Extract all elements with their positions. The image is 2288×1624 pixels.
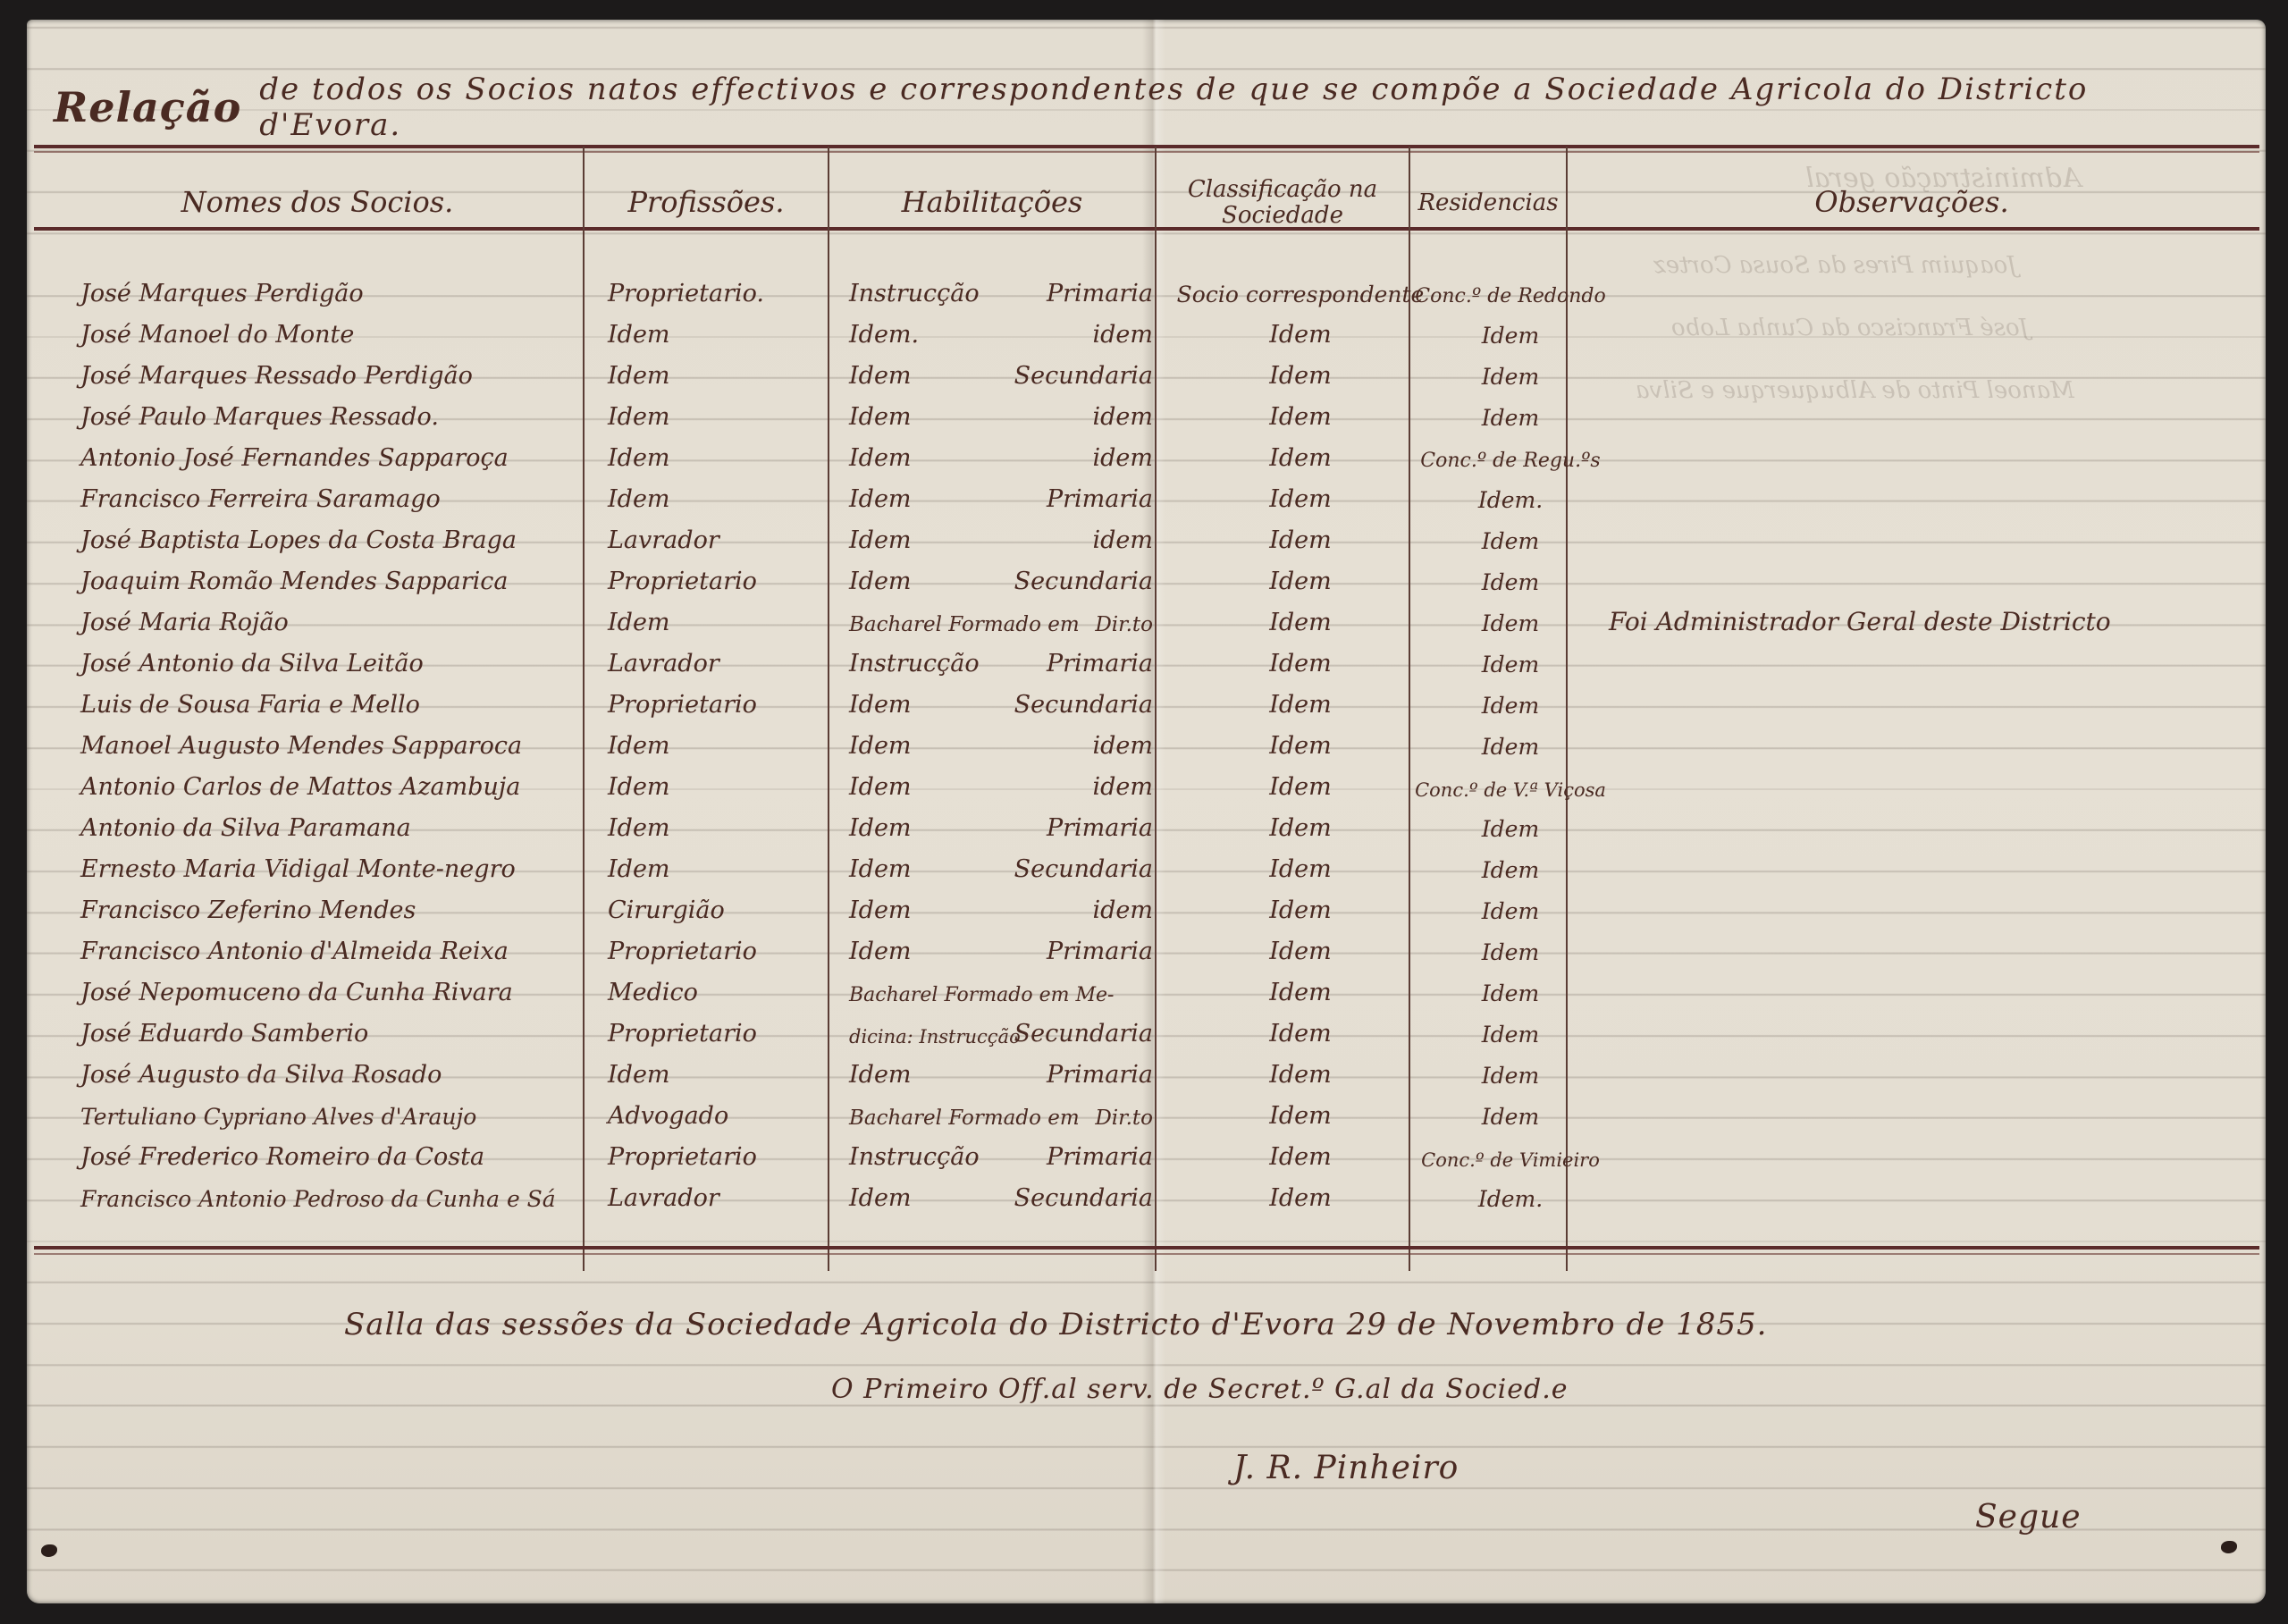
member-qualification: Idem bbox=[831, 722, 983, 763]
member-residence: Conc.º de Redondo bbox=[1421, 270, 1600, 311]
member-name: Luis de Sousa Faria e Mello bbox=[80, 681, 608, 722]
member-qualification-level: Dir.to bbox=[983, 1092, 1171, 1133]
member-name: José Augusto da Silva Rosado bbox=[80, 1051, 608, 1092]
member-name: José Baptista Lopes da Costa Braga bbox=[80, 517, 608, 558]
member-classification: Idem bbox=[1153, 804, 1448, 846]
member-qualification: Idem bbox=[831, 352, 983, 393]
member-name: José Manoel do Monte bbox=[80, 311, 608, 352]
member-profession: Medico bbox=[585, 969, 854, 1010]
continues-note: Segue bbox=[1975, 1499, 2082, 1536]
member-classification: Idem bbox=[1153, 1174, 1448, 1216]
member-name: Antonio Carlos de Mattos Azambuja bbox=[80, 763, 608, 804]
table-row: Antonio Carlos de Mattos Azambuja Idem I… bbox=[27, 763, 2266, 804]
member-residence: Idem bbox=[1421, 558, 1600, 599]
member-classification: Idem bbox=[1153, 1051, 1448, 1092]
table-row: José Eduardo Samberio Proprietario dicin… bbox=[27, 1010, 2266, 1051]
member-residence: Idem bbox=[1421, 1092, 1600, 1133]
member-name: José Maria Rojão bbox=[80, 599, 608, 640]
member-classification: Idem bbox=[1153, 887, 1448, 928]
member-qualification: Bacharel Formado em bbox=[831, 1092, 983, 1133]
member-observation bbox=[1582, 517, 2243, 558]
table-row: José Paulo Marques Ressado. Idem Idem id… bbox=[27, 393, 2266, 434]
member-residence: Idem bbox=[1421, 722, 1600, 763]
member-residence: Idem bbox=[1421, 928, 1600, 969]
member-qualification-level: Dir.to bbox=[983, 599, 1171, 640]
member-profession: Idem bbox=[585, 722, 854, 763]
member-profession: Idem bbox=[585, 352, 854, 393]
member-classification: Idem bbox=[1153, 1133, 1448, 1174]
member-profession: Lavrador bbox=[585, 517, 854, 558]
member-residence: Idem bbox=[1421, 681, 1600, 722]
member-observation bbox=[1582, 270, 2243, 311]
member-qualification-level: Secundaria bbox=[983, 681, 1171, 722]
member-observation bbox=[1582, 969, 2243, 1010]
column-header-classification: Classificação na Sociedade bbox=[1157, 167, 1409, 239]
member-residence: Idem. bbox=[1421, 475, 1600, 517]
table-row: Antonio da Silva Paramana Idem Idem Prim… bbox=[27, 804, 2266, 846]
member-profession: Lavrador bbox=[585, 640, 854, 681]
member-name: Ernesto Maria Vidigal Monte-negro bbox=[80, 846, 608, 887]
member-profession: Idem bbox=[585, 846, 854, 887]
member-classification: Idem bbox=[1153, 352, 1448, 393]
table-row: José Maria Rojão Idem Bacharel Formado e… bbox=[27, 599, 2266, 640]
member-profession: Proprietario bbox=[585, 558, 854, 599]
member-residence: Conc.º de V.ª Viçosa bbox=[1421, 763, 1600, 804]
table-row: Manoel Augusto Mendes Sapparoca Idem Ide… bbox=[27, 722, 2266, 763]
member-name: José Frederico Romeiro da Costa bbox=[80, 1133, 608, 1174]
place-date-line: Salla das sessões da Sociedade Agricola … bbox=[344, 1307, 1767, 1342]
member-observation bbox=[1582, 1010, 2243, 1051]
table-row: José Nepomuceno da Cunha Rivara Medico B… bbox=[27, 969, 2266, 1010]
member-profession: Idem bbox=[585, 311, 854, 352]
member-name: José Marques Ressado Perdigão bbox=[80, 352, 608, 393]
member-classification: Idem bbox=[1153, 928, 1448, 969]
member-qualification: dicina: Instrucção bbox=[831, 1010, 983, 1051]
member-qualification-level: idem bbox=[983, 311, 1171, 352]
member-qualification: Instrucção bbox=[831, 640, 983, 681]
member-classification: Idem bbox=[1153, 722, 1448, 763]
member-profession: Idem bbox=[585, 599, 854, 640]
member-observation bbox=[1582, 475, 2243, 517]
member-name: José Eduardo Samberio bbox=[80, 1010, 608, 1051]
table-row: José Baptista Lopes da Costa Braga Lavra… bbox=[27, 517, 2266, 558]
member-qualification-level: idem bbox=[983, 434, 1171, 475]
table-row: José Augusto da Silva Rosado Idem Idem P… bbox=[27, 1051, 2266, 1092]
member-residence: Conc.º de Regu.ºs bbox=[1421, 434, 1600, 475]
member-qualification: Idem bbox=[831, 928, 983, 969]
member-qualification: Idem bbox=[831, 804, 983, 846]
column-header-professions: Profissões. bbox=[585, 167, 828, 239]
header-top-rule-2 bbox=[34, 151, 2259, 153]
member-qualification: Idem bbox=[831, 846, 983, 887]
member-observation bbox=[1582, 722, 2243, 763]
member-residence: Idem bbox=[1421, 1051, 1600, 1092]
member-classification: Idem bbox=[1153, 1010, 1448, 1051]
table-row: José Antonio da Silva Leitão Lavrador In… bbox=[27, 640, 2266, 681]
member-name: Francisco Zeferino Mendes bbox=[80, 887, 608, 928]
member-observation bbox=[1582, 1051, 2243, 1092]
member-observation bbox=[1582, 640, 2243, 681]
member-residence: Idem bbox=[1421, 352, 1600, 393]
member-classification: Idem bbox=[1153, 640, 1448, 681]
member-name: José Antonio da Silva Leitão bbox=[80, 640, 608, 681]
table-row: José Marques Ressado Perdigão Idem Idem … bbox=[27, 352, 2266, 393]
member-profession: Idem bbox=[585, 393, 854, 434]
member-qualification: Instrucção bbox=[831, 1133, 983, 1174]
member-profession: Proprietario bbox=[585, 1133, 854, 1174]
table-row: Francisco Antonio d'Almeida Reixa Propri… bbox=[27, 928, 2266, 969]
member-classification: Idem bbox=[1153, 434, 1448, 475]
member-residence: Idem bbox=[1421, 969, 1600, 1010]
member-classification: Idem bbox=[1153, 599, 1448, 640]
member-residence: Idem bbox=[1421, 804, 1600, 846]
member-qualification-level: Primaria bbox=[983, 804, 1171, 846]
member-qualification-level: Secundaria bbox=[983, 1010, 1171, 1051]
member-residence: Idem bbox=[1421, 1010, 1600, 1051]
table-row: Tertuliano Cypriano Alves d'Araujo Advog… bbox=[27, 1092, 2266, 1133]
member-observation bbox=[1582, 311, 2243, 352]
member-qualification: Idem bbox=[831, 558, 983, 599]
member-qualification-level: Primaria bbox=[983, 270, 1171, 311]
signature: J. R. Pinheiro bbox=[1233, 1450, 1459, 1486]
member-observation bbox=[1582, 887, 2243, 928]
member-profession: Lavrador bbox=[585, 1174, 854, 1216]
member-qualification: Idem bbox=[831, 1051, 983, 1092]
member-name: Manoel Augusto Mendes Sapparoca bbox=[80, 722, 608, 763]
member-qualification-level: Secundaria bbox=[983, 1174, 1171, 1216]
member-qualification: Instrucção bbox=[831, 270, 983, 311]
title-rest: de todos os Socios natos effectivos e co… bbox=[259, 72, 2234, 143]
member-profession: Proprietario bbox=[585, 1010, 854, 1051]
member-qualification-level: Primaria bbox=[983, 1133, 1171, 1174]
member-qualification: Idem bbox=[831, 681, 983, 722]
member-observation bbox=[1582, 1133, 2243, 1174]
member-residence: Idem bbox=[1421, 311, 1600, 352]
member-qualification-level: idem bbox=[983, 722, 1171, 763]
column-header-qualifications: Habilitações bbox=[829, 167, 1155, 239]
member-classification: Idem bbox=[1153, 311, 1448, 352]
member-name: José Nepomuceno da Cunha Rivara bbox=[80, 969, 608, 1010]
table-bottom-rule bbox=[34, 1246, 2259, 1250]
table-row: Francisco Ferreira Saramago Idem Idem Pr… bbox=[27, 475, 2266, 517]
member-qualification-level: idem bbox=[983, 763, 1171, 804]
member-classification: Idem bbox=[1153, 1092, 1448, 1133]
member-classification: Idem bbox=[1153, 393, 1448, 434]
member-observation bbox=[1582, 846, 2243, 887]
member-observation bbox=[1582, 804, 2243, 846]
member-qualification-level: Primaria bbox=[983, 475, 1171, 517]
member-observation bbox=[1582, 1092, 2243, 1133]
member-profession: Idem bbox=[585, 1051, 854, 1092]
member-profession: Idem bbox=[585, 475, 854, 517]
member-qualification: Idem bbox=[831, 475, 983, 517]
member-profession: Idem bbox=[585, 804, 854, 846]
table-row: José Frederico Romeiro da Costa Propriet… bbox=[27, 1133, 2266, 1174]
member-qualification-level: Primaria bbox=[983, 640, 1171, 681]
member-qualification-level: idem bbox=[983, 887, 1171, 928]
member-residence: Idem bbox=[1421, 640, 1600, 681]
member-observation bbox=[1582, 434, 2243, 475]
member-qualification: Idem bbox=[831, 393, 983, 434]
member-qualification: Idem bbox=[831, 887, 983, 928]
member-residence: Idem. bbox=[1421, 1174, 1600, 1216]
member-classification: Idem bbox=[1153, 969, 1448, 1010]
table-row: José Marques Perdigão Proprietario. Inst… bbox=[27, 270, 2266, 311]
member-residence: Idem bbox=[1421, 887, 1600, 928]
member-profession: Proprietario bbox=[585, 681, 854, 722]
member-residence: Idem bbox=[1421, 599, 1600, 640]
member-name: Francisco Antonio d'Almeida Reixa bbox=[80, 928, 608, 969]
member-classification: Socio correspondente bbox=[1153, 270, 1448, 311]
member-qualification-level: Secundaria bbox=[983, 352, 1171, 393]
manuscript-page: Administração geral Joaquim Pires da Sou… bbox=[27, 20, 2266, 1603]
ink-stain bbox=[2221, 1541, 2237, 1553]
member-observation bbox=[1582, 928, 2243, 969]
ink-stain bbox=[41, 1544, 57, 1557]
table-row: Francisco Antonio Pedroso da Cunha e Sá … bbox=[27, 1174, 2266, 1216]
member-qualification-level: Primaria bbox=[983, 1051, 1171, 1092]
member-name: Joaquim Romão Mendes Sapparica bbox=[80, 558, 608, 599]
title-main: Relação bbox=[54, 83, 241, 131]
member-qualification: Idem bbox=[831, 763, 983, 804]
member-classification: Idem bbox=[1153, 681, 1448, 722]
table-row: Luis de Sousa Faria e Mello Proprietario… bbox=[27, 681, 2266, 722]
member-classification: Idem bbox=[1153, 558, 1448, 599]
column-header-observations: Observações. bbox=[1568, 167, 2256, 239]
member-profession: Cirurgião bbox=[585, 887, 854, 928]
member-residence: Idem bbox=[1421, 393, 1600, 434]
member-observation bbox=[1582, 1174, 2243, 1216]
member-qualification-level bbox=[983, 969, 1171, 1010]
table-row: Ernesto Maria Vidigal Monte-negro Idem I… bbox=[27, 846, 2266, 887]
member-profession: Proprietario bbox=[585, 928, 854, 969]
closing-line: O Primeiro Off.al serv. de Secret.º G.al… bbox=[831, 1374, 1569, 1405]
member-name: Antonio da Silva Paramana bbox=[80, 804, 608, 846]
member-profession: Proprietario. bbox=[585, 270, 854, 311]
member-qualification: Bacharel Formado em Me- bbox=[831, 969, 983, 1010]
member-qualification: Bacharel Formado em bbox=[831, 599, 983, 640]
member-observation bbox=[1582, 681, 2243, 722]
member-profession: Idem bbox=[585, 763, 854, 804]
table-bottom-rule-2 bbox=[34, 1253, 2259, 1255]
member-name: Antonio José Fernandes Sapparoça bbox=[80, 434, 608, 475]
member-classification: Idem bbox=[1153, 763, 1448, 804]
member-qualification-level: Secundaria bbox=[983, 846, 1171, 887]
member-residence: Idem bbox=[1421, 517, 1600, 558]
table-row: Antonio José Fernandes Sapparoça Idem Id… bbox=[27, 434, 2266, 475]
table-row: José Manoel do Monte Idem Idem. idem Ide… bbox=[27, 311, 2266, 352]
member-classification: Idem bbox=[1153, 517, 1448, 558]
member-observation bbox=[1582, 352, 2243, 393]
member-name: José Paulo Marques Ressado. bbox=[80, 393, 608, 434]
member-observation: Foi Administrador Geral deste Districto bbox=[1582, 599, 2243, 640]
member-qualification: Idem bbox=[831, 1174, 983, 1216]
member-qualification-level: Primaria bbox=[983, 928, 1171, 969]
member-observation bbox=[1582, 393, 2243, 434]
member-profession: Advogado bbox=[585, 1092, 854, 1133]
table-row: Joaquim Romão Mendes Sapparica Proprieta… bbox=[27, 558, 2266, 599]
member-name: Francisco Antonio Pedroso da Cunha e Sá bbox=[80, 1174, 608, 1216]
member-observation bbox=[1582, 763, 2243, 804]
member-name: José Marques Perdigão bbox=[80, 270, 608, 311]
member-qualification-level: Secundaria bbox=[983, 558, 1171, 599]
member-residence: Conc.º de Vimieiro bbox=[1421, 1133, 1600, 1174]
column-header-names: Nomes dos Socios. bbox=[54, 167, 581, 239]
member-name: Tertuliano Cypriano Alves d'Araujo bbox=[80, 1092, 608, 1133]
member-qualification-level: idem bbox=[983, 393, 1171, 434]
member-qualification: Idem bbox=[831, 517, 983, 558]
member-observation bbox=[1582, 558, 2243, 599]
member-qualification: Idem bbox=[831, 434, 983, 475]
member-classification: Idem bbox=[1153, 846, 1448, 887]
member-qualification-level: idem bbox=[983, 517, 1171, 558]
column-header-residences: Residencias bbox=[1410, 167, 1566, 239]
member-name: Francisco Ferreira Saramago bbox=[80, 475, 608, 517]
document-title: Relação de todos os Socios natos effecti… bbox=[54, 63, 2234, 152]
member-qualification: Idem. bbox=[831, 311, 983, 352]
table-row: Francisco Zeferino Mendes Cirurgião Idem… bbox=[27, 887, 2266, 928]
header-top-rule bbox=[34, 145, 2259, 148]
member-profession: Idem bbox=[585, 434, 854, 475]
member-classification: Idem bbox=[1153, 475, 1448, 517]
member-residence: Idem bbox=[1421, 846, 1600, 887]
